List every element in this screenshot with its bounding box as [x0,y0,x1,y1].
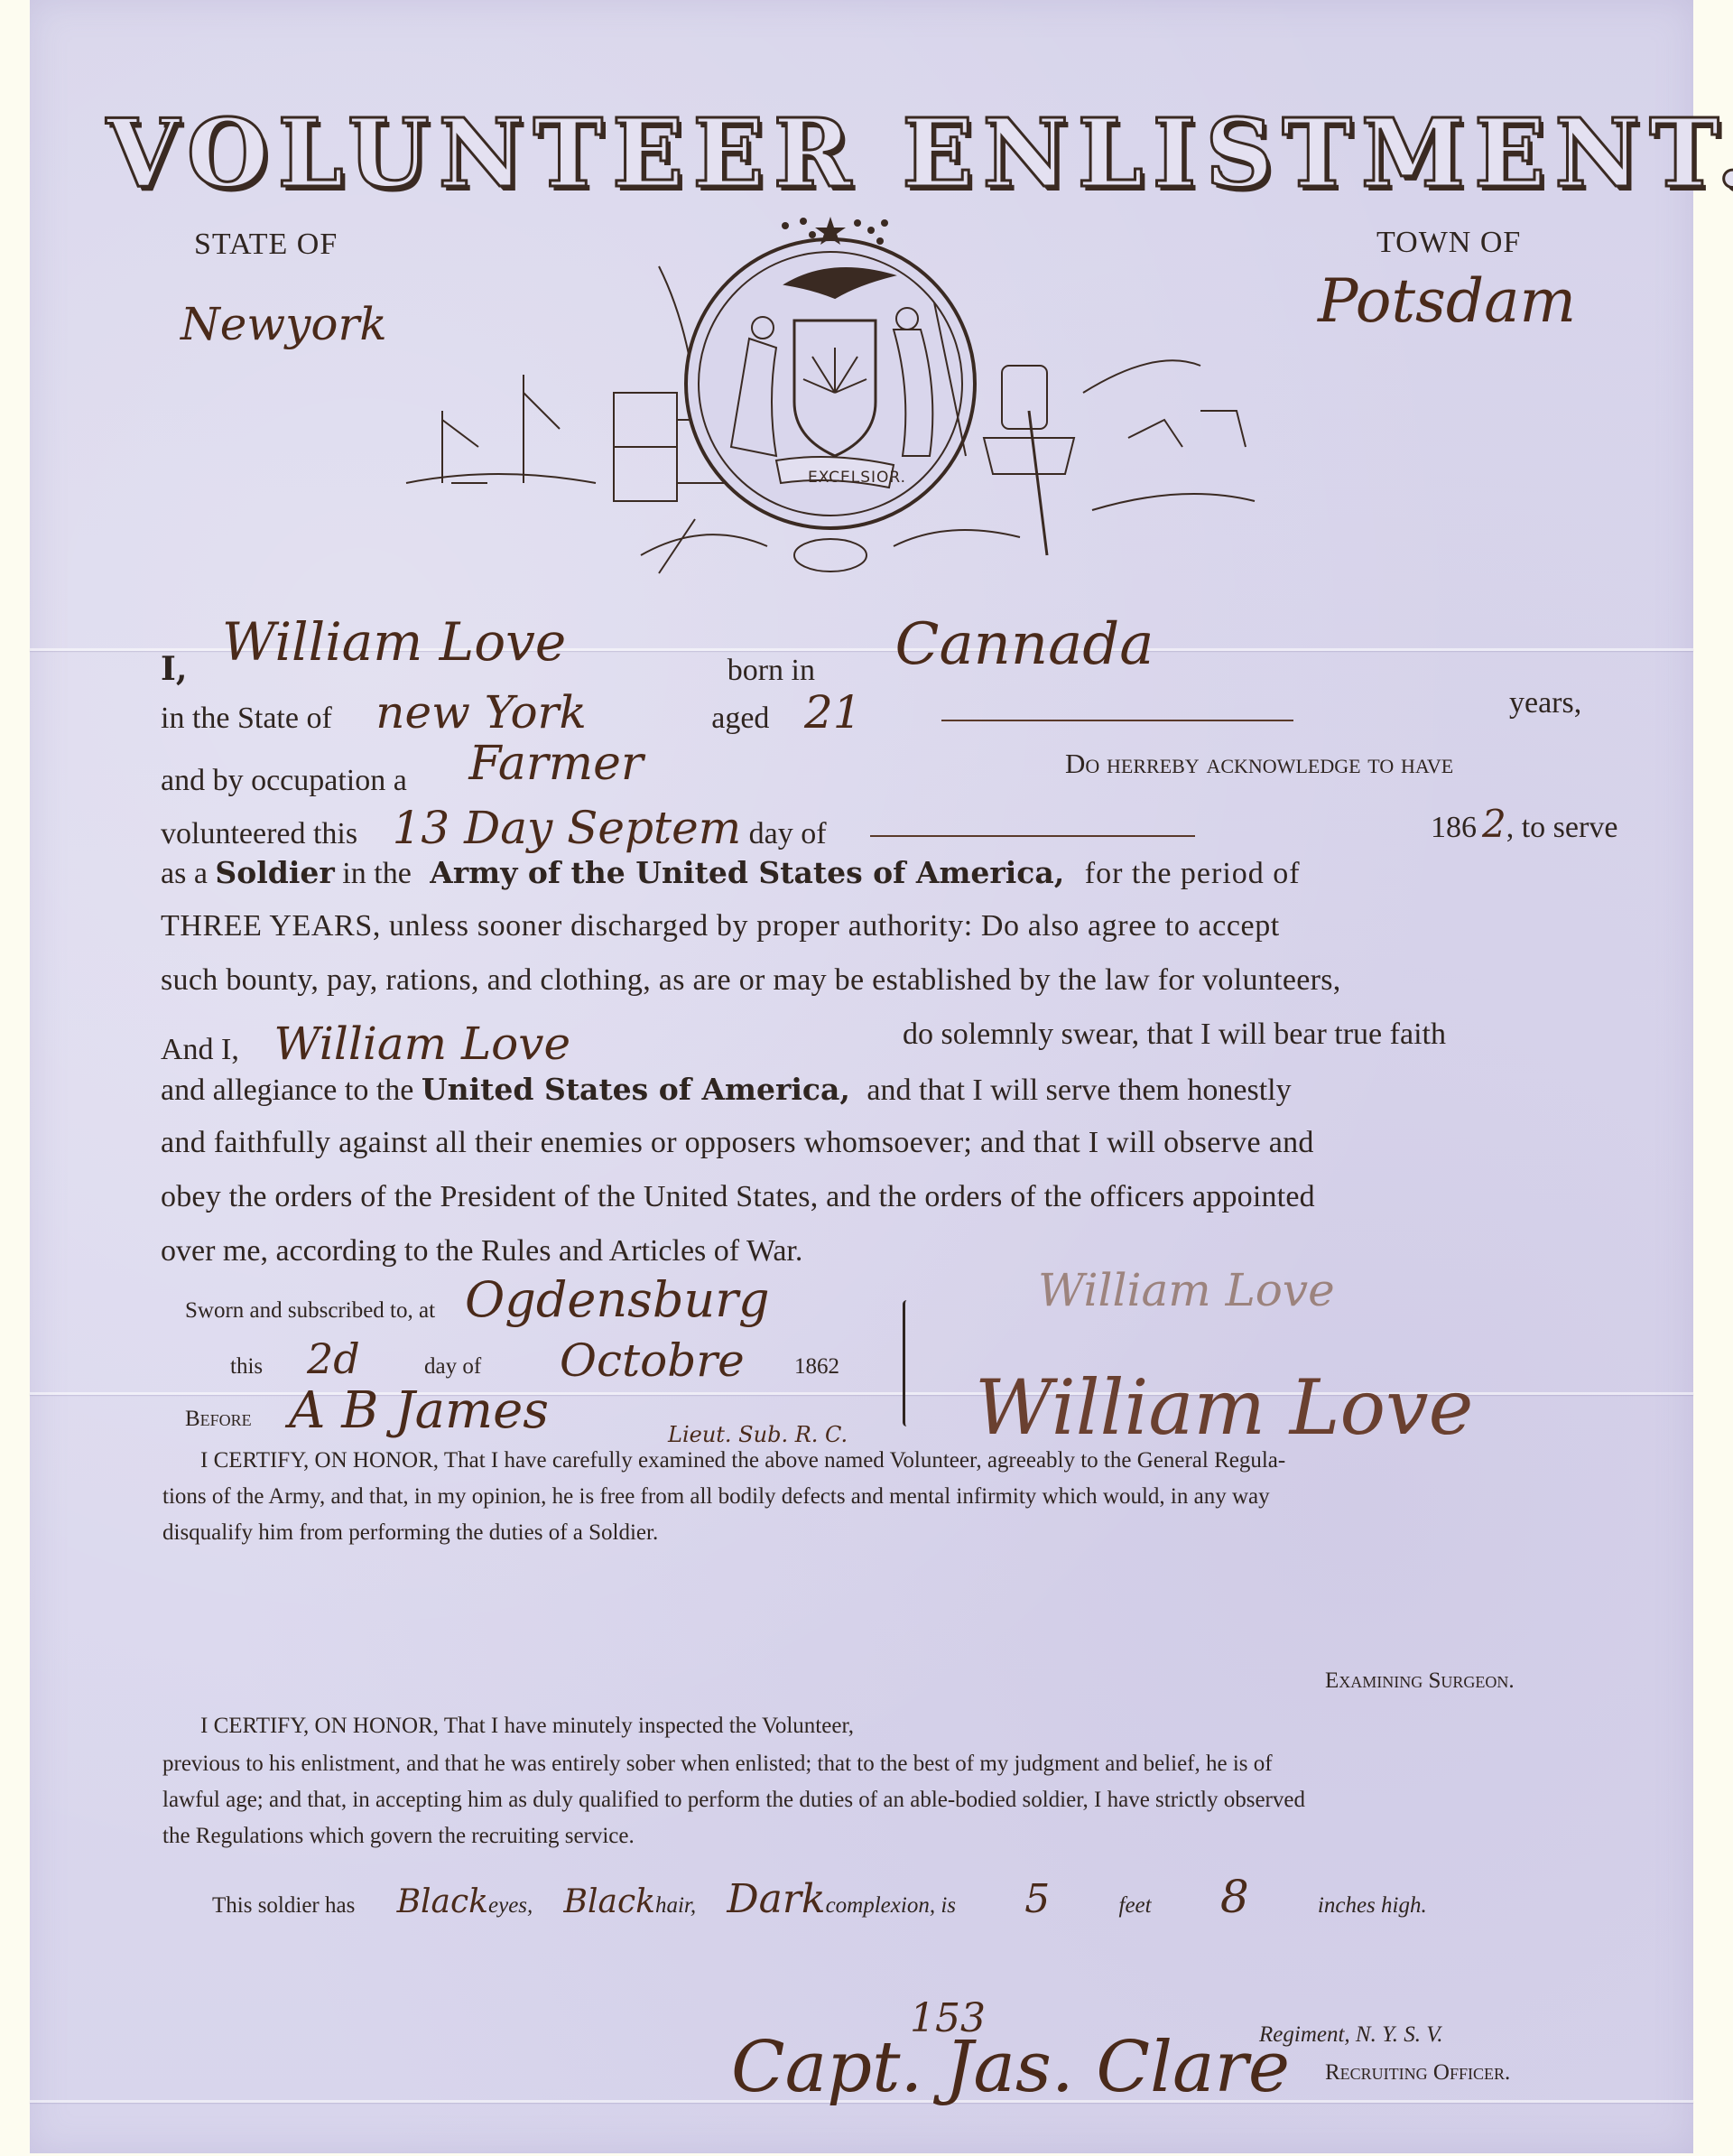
description-line: This soldier has Blackeyes, Blackhair, D… [212,1871,1427,1923]
enlistment-line-12: over me, according to the Rules and Arti… [161,1234,802,1269]
height-inches-value: 8 [1220,1871,1249,1923]
oath-month-value: Octobre [560,1334,745,1387]
residence-state-value: new York [375,686,586,739]
hair-label: hair, [655,1893,696,1918]
recruiting-officer-signature: Capt. Jas. Clare [731,2027,1290,2108]
feet-label: feet [1119,1893,1152,1918]
officer-cert-line-4: the Regulations which govern the recruit… [162,1824,635,1849]
state-label: STATE OF [194,228,338,262]
inches-label: inches high. [1318,1893,1427,1918]
born-label: born in [727,654,815,687]
officer-cert-line-1: I CERTIFY, ON HONOR, That I have minutel… [200,1714,854,1739]
this-label: this [230,1354,263,1380]
new-york-state-seal-illustration: EXCELSIOR. [388,212,1273,591]
year-digit-value: 2 [1482,802,1506,846]
text: and that I will serve them honestly [866,1073,1291,1107]
description-prefix: This soldier has [212,1893,355,1918]
enlistment-line-5: as a Soldier in the Army of the United S… [161,855,1301,891]
sworn-place-value: Ogdensburg [465,1271,770,1328]
complexion-label: complexion, is [826,1893,956,1918]
eyes-label: eyes, [488,1893,533,1918]
to-serve-label: , to serve [1506,811,1618,844]
pronoun-i: I, [161,650,187,688]
seal-engraving-icon [388,212,1273,591]
enlistment-line-1: I, William Love born in Cannada [161,627,1154,694]
day-of-label-oath: day of [424,1354,481,1380]
examining-surgeon-label: Examining Surgeon. [1325,1668,1515,1694]
aged-label: aged [711,702,769,735]
army-usa-bold: Army of the United States of America, [430,855,1064,890]
birthplace-value: Cannada [895,611,1154,678]
volunteer-date-value: 13 Day Septem [393,802,742,854]
oath-name-value: William Love [273,1018,570,1070]
recruiting-officer-label: Recruiting Officer. [1325,2060,1510,2086]
enlistment-line-4: volunteered this 13 Day Septem day of [161,802,1195,854]
volunteer-name: William Love [222,611,566,673]
swear-text: do solemnly swear, that I will bear true… [903,1018,1446,1052]
volunteer-signature-faint: William Love [1038,1264,1335,1316]
acknowledge-text: Do herreby acknowledge to have [1065,748,1453,780]
occupation-label: and by occupation a [161,764,407,797]
oath-day-value: 2d [307,1334,360,1383]
sworn-label: Sworn and subscribed to, at [185,1298,435,1324]
age-value: 21 [804,686,862,739]
text: and allegiance to the [161,1073,413,1107]
age-fill-line [941,720,1293,721]
oath-brace [903,1300,911,1426]
document-title: VOLUNTEER ENLISTMENT. [107,98,1623,209]
town-value: Potsdam [1318,266,1576,336]
height-feet-value: 5 [1024,1876,1050,1922]
hair-color-value: Black [564,1883,655,1920]
state-of-label: in the State of [161,702,332,735]
officer-title: Lieut. Sub. R. C. [668,1422,848,1447]
years-label: years, [1509,686,1581,720]
surgeon-cert-line-3: disqualify him from performing the dutie… [162,1520,658,1546]
year-prefix: 186 [1431,811,1477,844]
day-of-label: day of [749,817,827,850]
seal-motto: EXCELSIOR. [808,469,906,487]
surgeon-cert-line-1: I CERTIFY, ON HONOR, That I have careful… [200,1448,1285,1473]
officer-cert-line-2: previous to his enlistment, and that he … [162,1752,1273,1777]
state-value: Newyork [181,298,387,350]
soldier-bold: Soldier [215,855,334,890]
eye-color-value: Black [397,1883,488,1920]
officer-cert-line-3: lawful age; and that, in accepting him a… [162,1788,1305,1813]
and-i-label: And I, [161,1033,239,1066]
text: for the period of [1085,857,1301,890]
enlistment-line-9: and allegiance to the United States of A… [161,1072,1292,1108]
enlistment-line-3: and by occupation a Farmer [161,748,644,802]
enlistment-line-6: THREE YEARS, unless sooner discharged by… [161,909,1280,943]
enlistment-line-2: in the State of new York aged 21 [161,686,1293,739]
text: in the [342,857,411,890]
complexion-value: Dark [727,1876,825,1922]
text: as a [161,857,208,890]
month-fill-line [870,835,1195,837]
volunteer-year: 1862, to serve [1431,802,1617,846]
volunteered-label: volunteered this [161,817,357,850]
enlistment-line-8: And I, William Love [161,1018,570,1070]
enlistment-line-7: such bounty, pay, rations, and clothing,… [161,963,1341,998]
usa-bold: United States of America, [422,1072,850,1107]
volunteer-signature: William Love [975,1363,1473,1452]
occupation-value: Farmer [468,737,643,791]
oath-year-value: 1862 [794,1354,839,1380]
town-label: TOWN OF [1376,226,1521,260]
enlistment-line-11: obey the orders of the President of the … [161,1180,1315,1214]
enlistment-line-10: and faithfully against all their enemies… [161,1126,1314,1160]
surgeon-cert-line-2: tions of the Army, and that, in my opini… [162,1484,1270,1510]
before-label: Before [185,1407,252,1432]
officer-signature: A B James [289,1381,549,1440]
